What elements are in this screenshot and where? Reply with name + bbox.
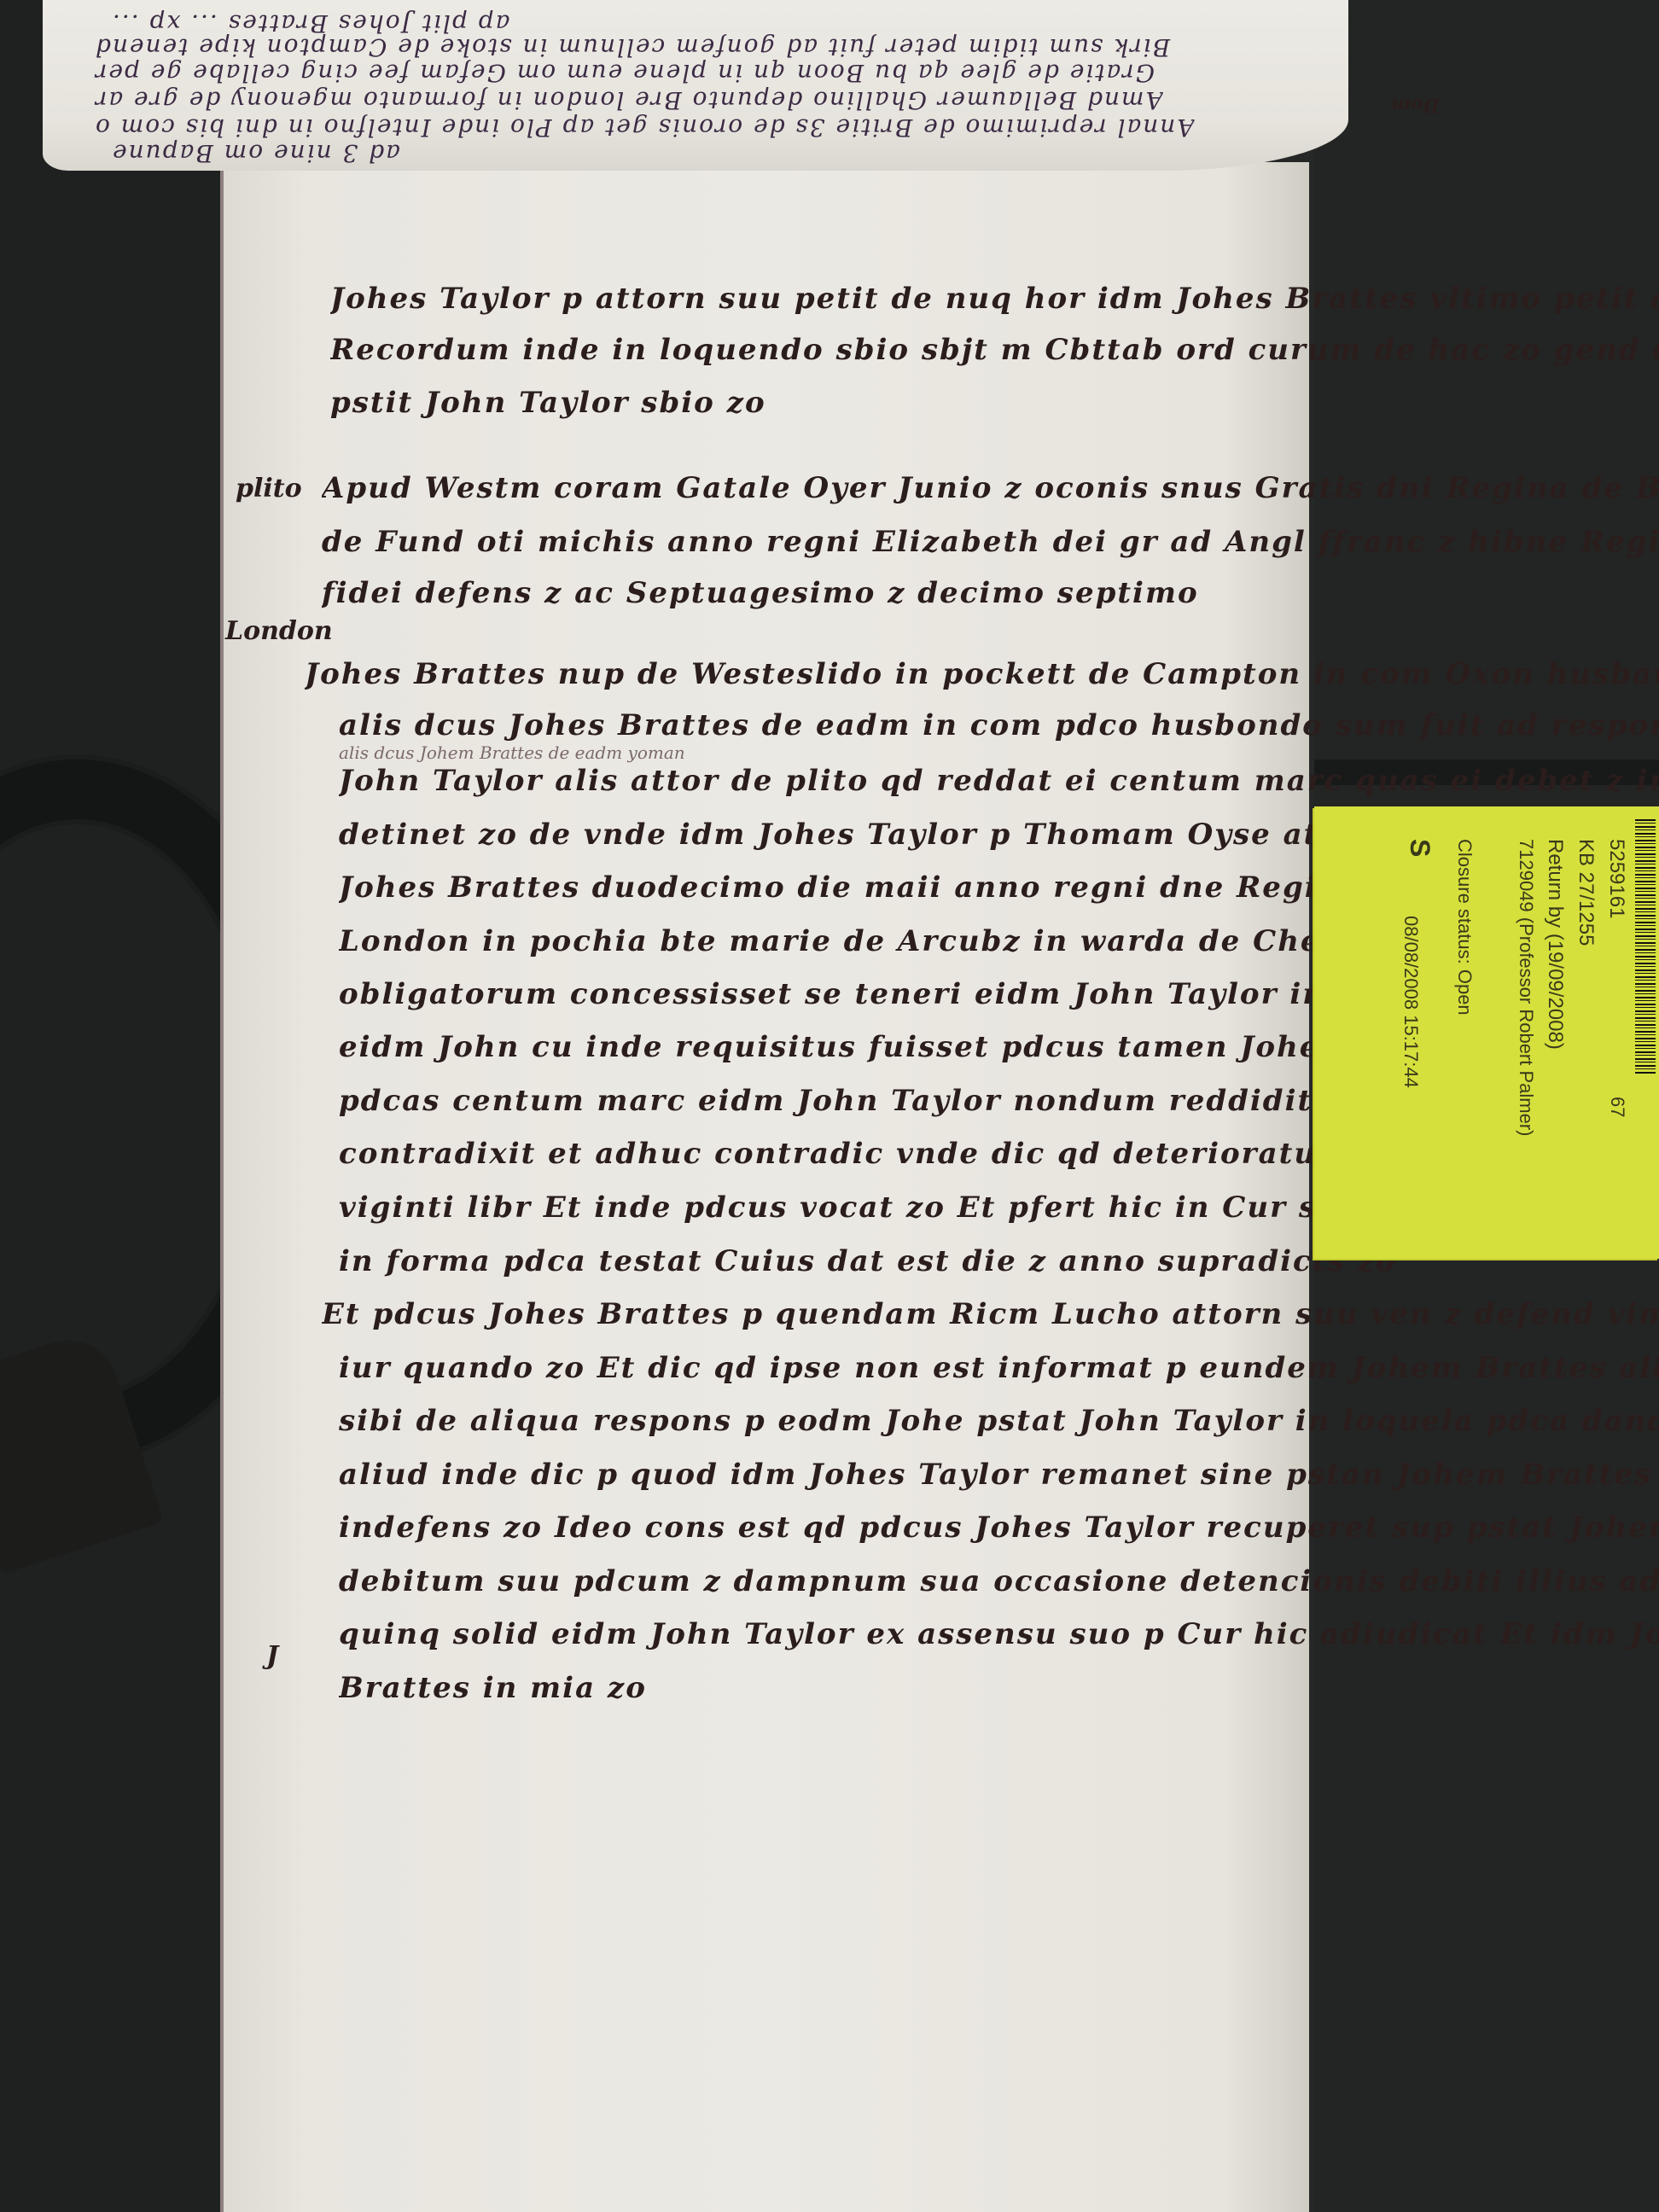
slip-barcode-number: 5259161 (1604, 839, 1628, 918)
slip-code-letter: S (1404, 839, 1435, 857)
manuscript-line: John Taylor alis attor de plito qd redda… (339, 764, 1659, 801)
manuscript-line: Et pdcus Johes Brattes p quendam Ricm Lu… (322, 1297, 1659, 1335)
manuscript-line: fidei defens z ac Septuagesimo z decimo … (322, 576, 1199, 614)
manuscript-line: debitum suu pdcum z dampnum sua occasion… (339, 1564, 1659, 1602)
manuscript-line: Johes Brattes nup de Westeslido in pocke… (305, 657, 1659, 695)
manuscript-line: Recordum inde in loquendo sbio sbjt m Cb… (330, 333, 1659, 370)
manuscript-line: aliud inde dic p quod idm Johes Taylor r… (339, 1458, 1659, 1495)
roll-line: ad 3 nine om Bapune (111, 130, 400, 167)
slip-rotated-content: 5259161 67 KB 27/1255 Return by (19/09/2… (1314, 806, 1659, 1259)
manuscript-line: de Fund oti michis anno regni Elizabeth … (322, 525, 1659, 562)
slip-page-number: 67 (1606, 1097, 1628, 1117)
manuscript-line: Apud Westm coram Gatale Oyer Junio z oco… (322, 471, 1659, 509)
manuscript-line: quinq solid eidm John Taylor ex assensu … (339, 1617, 1659, 1655)
interlinear-note: alis dcus Johem Brattes de eadm yoman (339, 742, 685, 763)
manuscript-line: iur quando zo Et dic qd ipse non est inf… (339, 1351, 1659, 1388)
margin-note-london: London (225, 616, 333, 646)
slip-reference: KB 27/1255 (1574, 839, 1598, 946)
slip-closure-status: Closure status: Open (1453, 839, 1476, 1016)
roll-margin-note: Dom (1391, 94, 1440, 116)
slip-return-by: Return by (19/09/2008) (1543, 839, 1567, 1050)
parchment-membrane: Johes Taylor p attorn suu petit de nuq h… (224, 162, 1309, 2212)
manuscript-line: in forma pdca testat Cuius dat est die z… (339, 1244, 1396, 1282)
barcode (1635, 819, 1656, 1075)
manuscript-line: Johes Taylor p attorn suu petit de nuq h… (330, 282, 1659, 319)
slip-reader: 7129049 (Professor Robert Palmer) (1515, 839, 1537, 1137)
margin-note-plito: plito (236, 474, 302, 504)
rolled-membrane-top: ap plit Johes Brattes ... xp ... Birk su… (43, 0, 1348, 171)
archive-request-slip: 5259161 67 KB 27/1255 Return by (19/09/2… (1314, 806, 1659, 1259)
manuscript-line: alis dcus Johes Brattes de eadm in com p… (339, 708, 1659, 746)
manuscript-line: Brattes in mia zo (339, 1671, 647, 1708)
manuscript-line: sibi de aliqua respons p eodm Johe pstat… (339, 1404, 1659, 1441)
manuscript-line: indefens zo Ideo cons est qd pdcus Johes… (339, 1511, 1659, 1548)
slip-printed-at: 08/08/2008 15:17:44 (1400, 916, 1422, 1088)
manuscript-line: pstit John Taylor sbio zo (330, 386, 766, 423)
margin-note-j: J (266, 1641, 278, 1671)
